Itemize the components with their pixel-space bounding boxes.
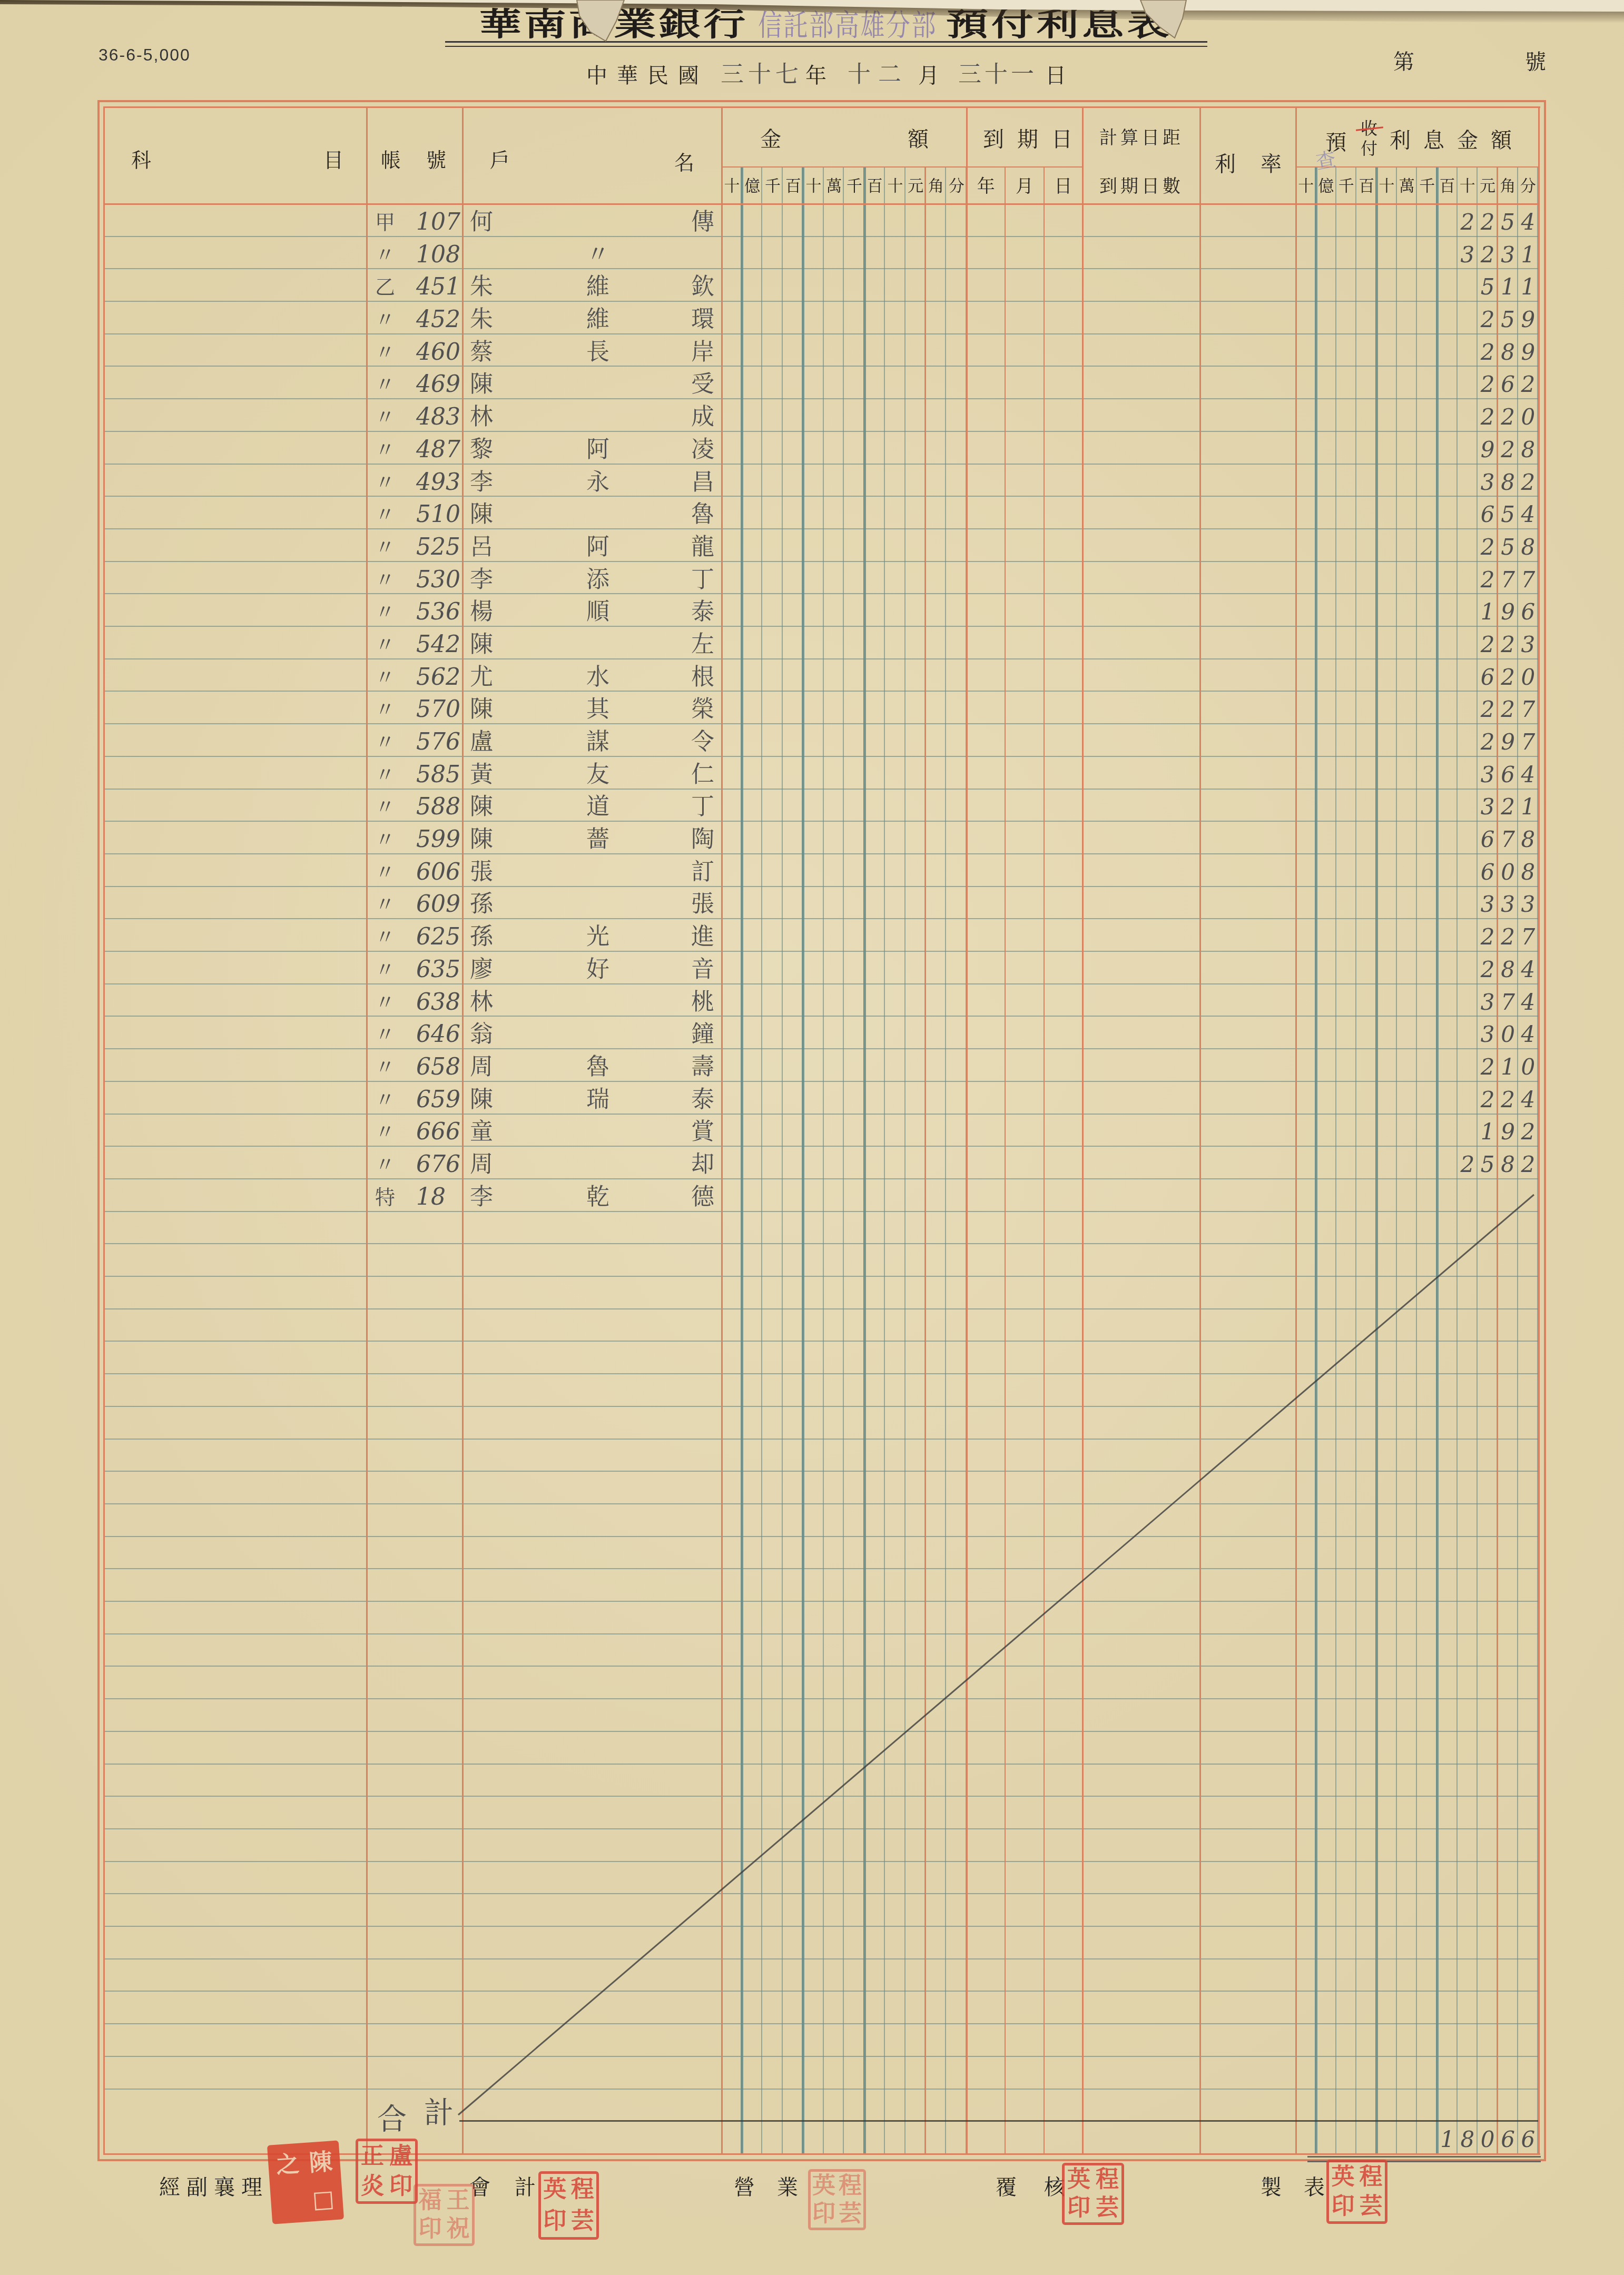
- seal-stamp: 福王印祝: [414, 2184, 475, 2246]
- signature-label-operations: 營業: [734, 2175, 820, 2200]
- total-label-char: 計: [424, 2097, 454, 2129]
- seal-stamp: 之陳□: [267, 2140, 344, 2224]
- amount-digit: 1: [1437, 2125, 1457, 2154]
- seal-char: 程: [571, 2178, 594, 2201]
- seal-char: 程: [1360, 2165, 1383, 2189]
- seal-char: 印: [1067, 2197, 1090, 2220]
- seal-char: 印: [419, 2218, 442, 2241]
- seal-char: 芸: [839, 2202, 862, 2225]
- folded-paper-edge: [0, 0, 1624, 42]
- seal-char: 程: [1096, 2168, 1119, 2191]
- seal-char: 程: [839, 2174, 862, 2198]
- seal-char: 陳: [309, 2150, 333, 2175]
- seal-stamp: 英程印芸: [808, 2169, 866, 2230]
- seal-stamp: 正盧炎印: [356, 2139, 418, 2204]
- seal-char: 印: [1332, 2195, 1355, 2218]
- signature-label-manager: 經副襄理: [159, 2175, 269, 2200]
- seal-char: 英: [1067, 2168, 1090, 2191]
- seal-char: 印: [389, 2175, 412, 2198]
- seal-char: 芸: [571, 2210, 594, 2233]
- diagonal-cancel-line: [0, 0, 1624, 2275]
- total-rule: [459, 2120, 1538, 2122]
- total-prepaid-interest: 18066: [1296, 2125, 1538, 2154]
- ledger-page: 36-6-5,000 華南商業銀行 信託部高雄分部 預付利息表 第 號 中華民國…: [0, 0, 1624, 2275]
- seal-char: 印: [812, 2202, 835, 2225]
- amount-digit: 6: [1498, 2125, 1518, 2154]
- total-double-underline: [1307, 2156, 1541, 2158]
- amount-digit: 0: [1478, 2125, 1498, 2154]
- seal-char: 芸: [1096, 2197, 1119, 2220]
- seal-char: 芸: [1360, 2195, 1383, 2218]
- seal-char: 英: [543, 2178, 566, 2201]
- seal-stamp: 英程印芸: [1062, 2163, 1124, 2225]
- total-label-char: 合: [377, 2104, 407, 2135]
- seal-stamp: 英程印芸: [1326, 2160, 1387, 2224]
- seal-char: 福: [419, 2189, 442, 2212]
- seal-char: 炎: [361, 2175, 384, 2198]
- amount-digit: 8: [1458, 2125, 1478, 2154]
- seal-char: □: [312, 2187, 336, 2212]
- seal-char: 王: [447, 2189, 470, 2212]
- seal-char: 盧: [389, 2145, 412, 2168]
- seal-char: 印: [543, 2210, 566, 2233]
- seal-char: 正: [361, 2145, 384, 2168]
- seal-char: 英: [1332, 2165, 1355, 2189]
- amount-digit: 6: [1518, 2125, 1538, 2154]
- seal-char: 祝: [447, 2218, 470, 2241]
- seal-char: 之: [275, 2153, 300, 2178]
- seal-stamp: 英程印芸: [538, 2171, 599, 2240]
- seal-char: 英: [812, 2174, 835, 2198]
